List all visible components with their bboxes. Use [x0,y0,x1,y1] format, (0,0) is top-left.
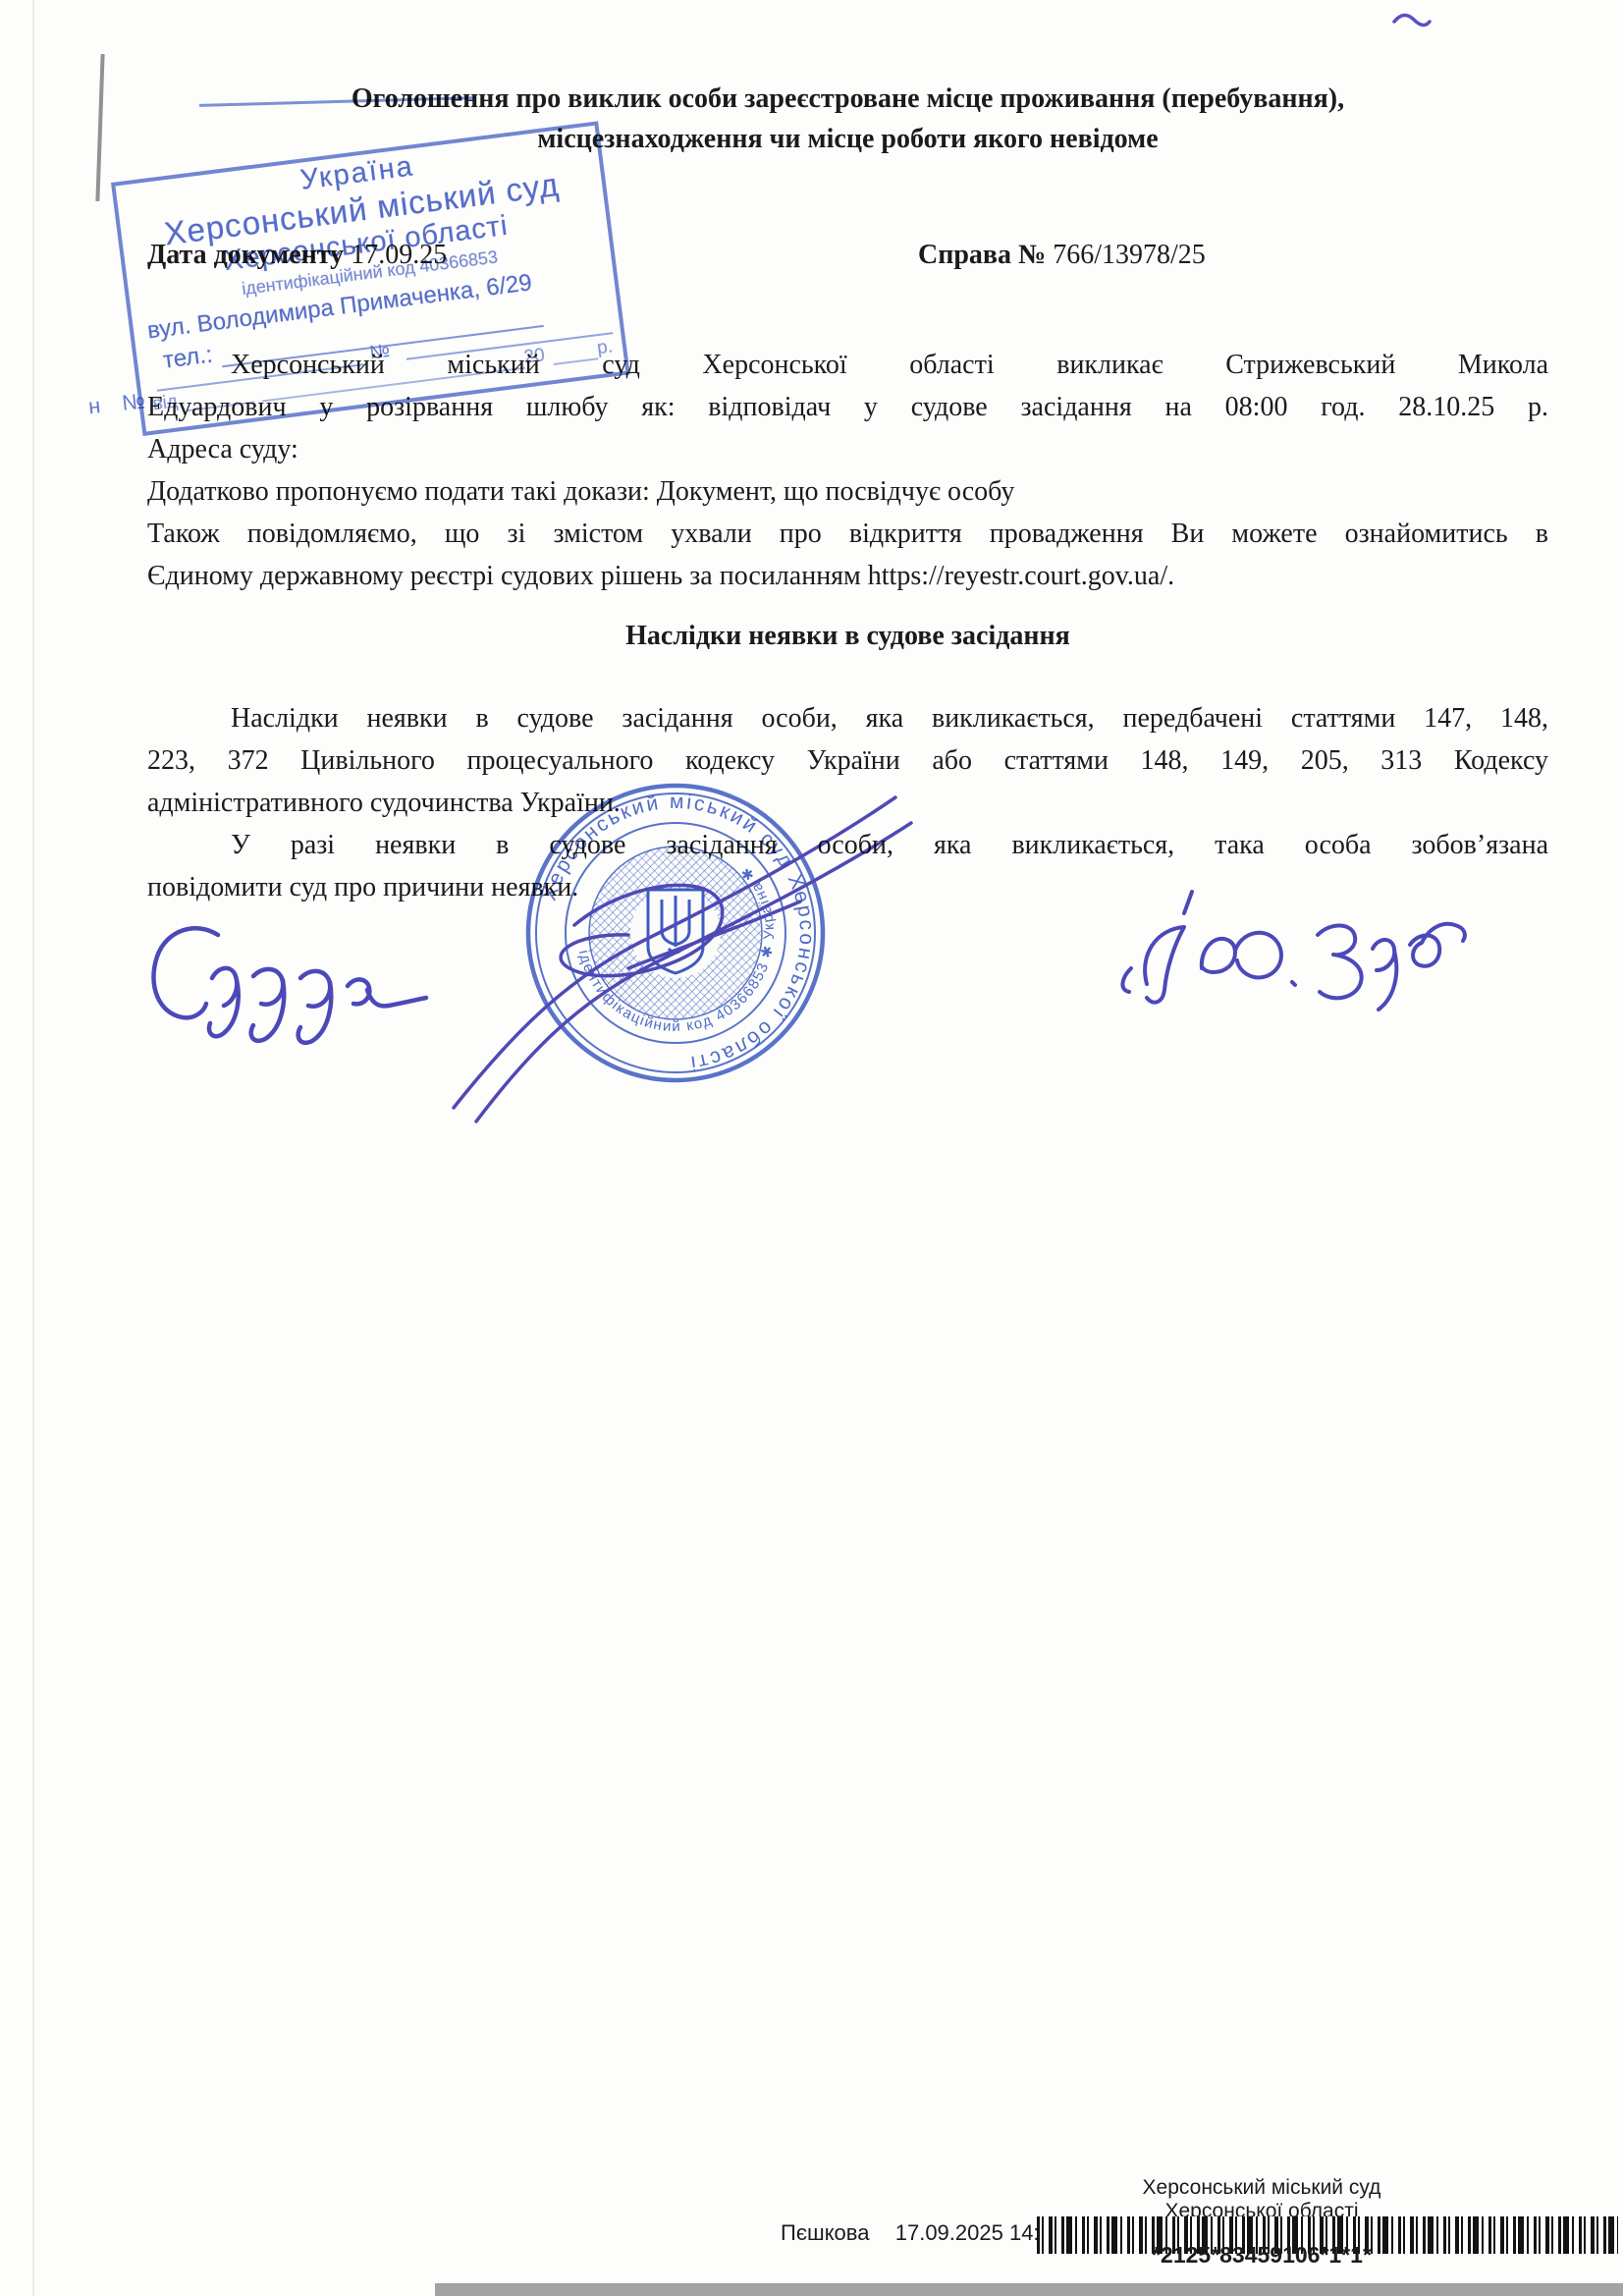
ink-mark [1380,5,1438,44]
footer-court-line-1: Херсонський міський суд [1065,2176,1458,2200]
document-page: Оголошення про виклик особи зареєстрован… [0,0,1623,2296]
stamp-r-label: р. [596,336,614,359]
scan-left-column-artifact [32,0,34,2296]
stamp-no-label: № [360,340,399,365]
section-heading: Наслідки неявки в судове засідання [147,621,1548,652]
stamp-vid-label: від [151,391,179,415]
evidence-line: Додатково пропонуємо подати такі докази:… [147,470,1548,513]
scan-edge-artifact [95,54,104,201]
barcode-text: *2125*83459106*1*1* [1065,2242,1458,2269]
footer-operator: Пєшкова [781,2220,869,2245]
body-line: Наслідки неявки в судове засідання особи… [147,697,1548,739]
body-line: Також повідомляємо, що зі змістом ухвали… [147,513,1548,555]
scan-bottom-strip [435,2283,1623,2296]
stamp-year-label: 20 [522,345,546,368]
stamp-blank-line [551,338,598,365]
court-address-line: Адреса суду: [147,428,1548,470]
document-title: Оголошення про виклик особи зареєстрован… [147,79,1548,159]
case-number: Справа № 766/13978/25 [918,240,1206,271]
case-label: Справа № [918,240,1046,270]
judge-label-handwriting: Суддя [128,908,452,1066]
court-round-seal: Херсонський міський суд Херсонської обла… [388,764,952,1157]
judge-signature-handwriting: Г.Ю. Зуб [1109,879,1483,1026]
case-value: 766/13978/25 [1053,240,1206,270]
registry-link-line: Єдиному державному реєстрі судових рішен… [147,555,1548,597]
